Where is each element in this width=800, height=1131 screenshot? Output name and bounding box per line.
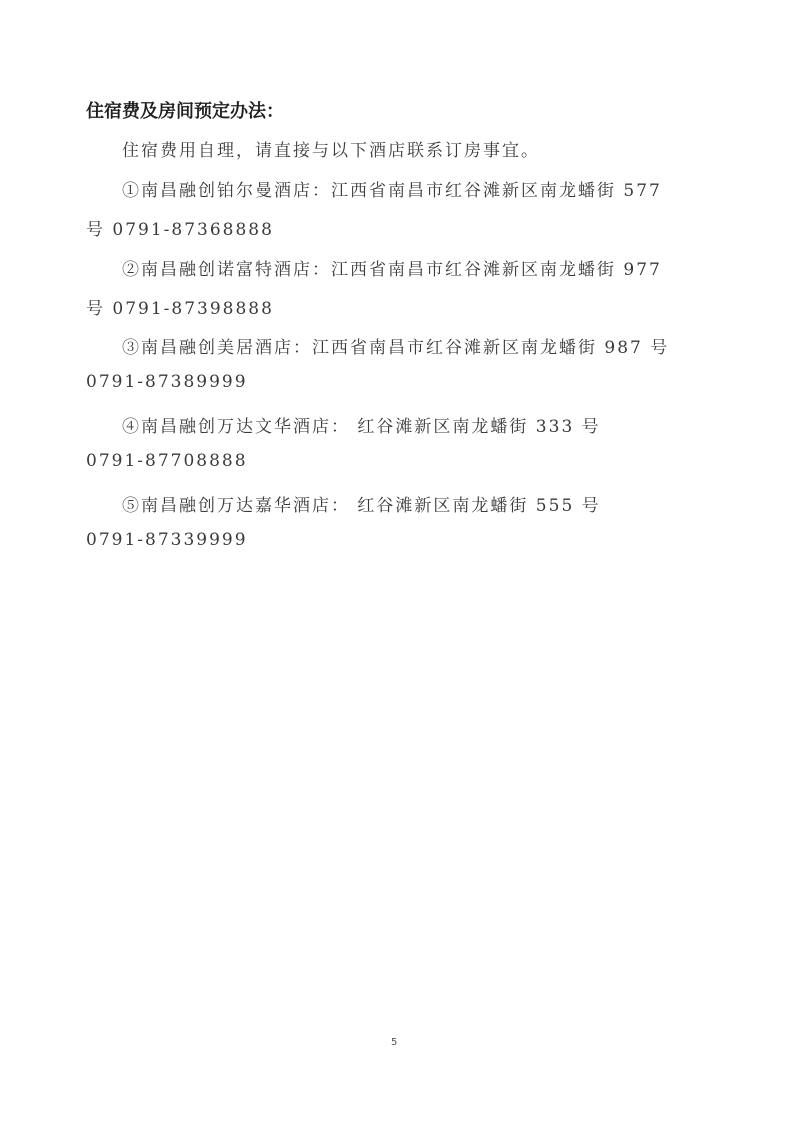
- hotel-2-line2: 号 0791-87398888: [86, 294, 274, 319]
- intro-paragraph: 住宿费用自理，请直接与以下酒店联系订房事宜。: [122, 136, 540, 161]
- hotel-4-line2: 0791-87708888: [86, 451, 248, 471]
- hotel-5-line2: 0791-87339999: [86, 530, 248, 550]
- hotel-4-line1: ④南昌融创万达文华酒店： 红谷滩新区南龙蟠街 333 号: [122, 412, 601, 437]
- page-number: 5: [391, 1037, 397, 1048]
- hotel-5-line1: ⑤南昌融创万达嘉华酒店： 红谷滩新区南龙蟠街 555 号: [122, 491, 601, 516]
- hotel-1-line2: 号 0791-87368888: [86, 215, 274, 240]
- hotel-2-line1: ②南昌融创诺富特酒店：江西省南昌市红谷滩新区南龙蟠街 977: [122, 255, 662, 280]
- hotel-3-line2: 0791-87389999: [86, 372, 248, 392]
- section-heading: 住宿费及房间预定办法：: [86, 97, 284, 123]
- hotel-3-line1: ③南昌融创美居酒店：江西省南昌市红谷滩新区南龙蟠街 987 号: [122, 333, 669, 358]
- hotel-1-line1: ①南昌融创铂尔曼酒店：江西省南昌市红谷滩新区南龙蟠街 577: [122, 176, 662, 201]
